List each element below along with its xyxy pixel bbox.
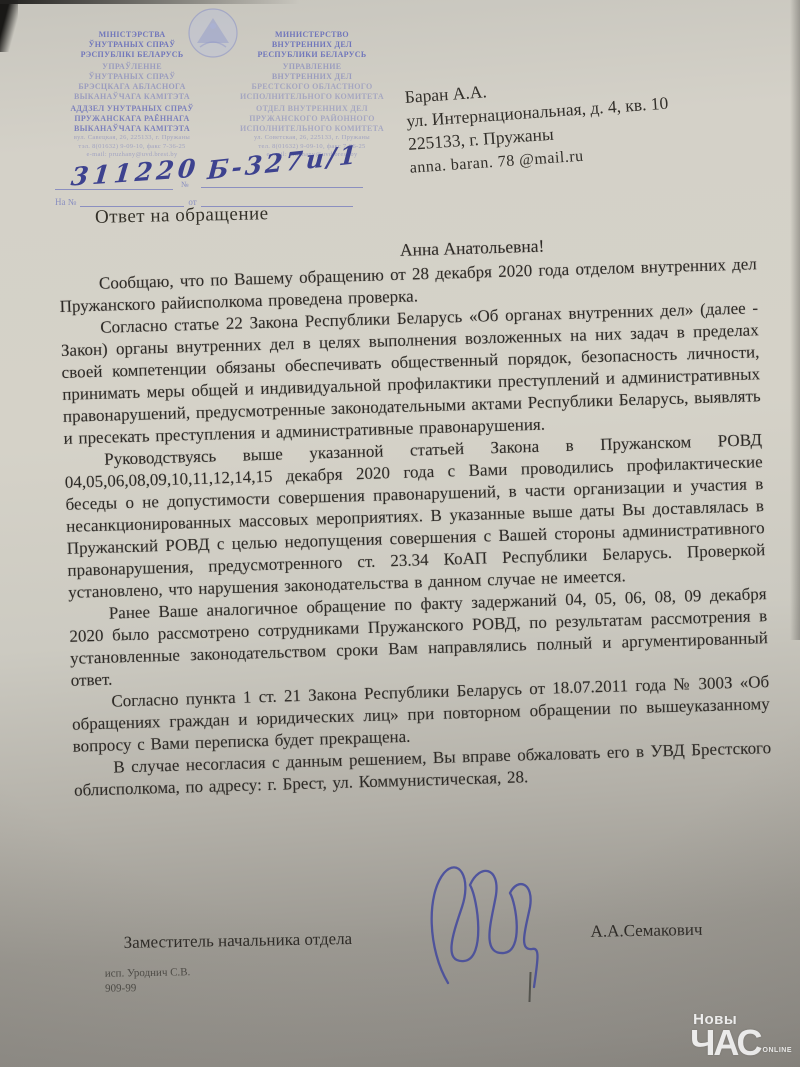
letterhead-russian: МИНИСТЕРСТВО ВНУТРЕННИХ ДЕЛ РЕСПУБЛИКИ Б… [232,30,392,160]
letterhead: МІНІСТЭРСТВА ЎНУТРАНЫХ СПРАЎ РЭСПУБЛІКІ … [52,30,392,160]
watermark-main-text: ЧАС [690,1025,760,1061]
letter-body: Анна Анатольевна! Сообщаю, что по Вашему… [58,229,772,801]
letterhead-line: ОТДЕЛ ВНУТРЕННИХ ДЕЛ [232,104,392,114]
letterhead-line: МИНИСТЕРСТВО [232,30,392,40]
letterhead-line: ВЫКАНАЎЧАГА КАМІТЭТА [52,92,212,102]
executor-name: исп. Уроднич С.В. [105,965,191,981]
photo-corner-shadow [0,0,18,52]
reply-prefix-label: На № [55,197,76,207]
letterhead-line: УПРАЎЛЕННЕ [52,62,212,72]
photo-edge-shadow [0,0,300,4]
signer-title: Заместитель начальника отдела [124,929,353,953]
letterhead-line: ПРУЖАНСКОГО РАЙОННОГО [232,114,392,124]
state-emblem-icon [187,7,239,59]
recipient-block: Баран А.А. ул. Интернациональная, д. 4, … [404,68,672,180]
watermark-online-text: ONLINE [763,1047,792,1054]
body-paragraph: Согласно статье 22 Закона Республики Бел… [60,297,762,450]
letterhead-line: БРЭСЦКАГА АБЛАСНОГА [52,82,212,92]
photo-edge-shadow [790,0,800,640]
signature-scribble-icon [420,855,550,990]
number-sign-label: № [181,180,189,189]
letterhead-line: ВНУТРЕННИХ ДЕЛ [232,40,392,50]
letterhead-line: ИСПОЛНИТЕЛЬНОГО КОМИТЕТА [232,92,392,102]
signature-row: Заместитель начальника отдела А.А.Семако… [58,894,758,906]
novy-chas-watermark: Новы ЧАС ONLINE [690,1012,792,1061]
letterhead-line: ВНУТРЕННИХ ДЕЛ [232,72,392,82]
signer-name: А.А.Семакович [590,920,702,942]
letterhead-line: ИСПОЛНИТЕЛЬНОГО КОМИТЕТА [232,124,392,134]
letterhead-address-line: вул. Савецкая, 26, 225133, г. Пружаны [52,134,212,143]
form-line [55,188,173,190]
letterhead-line: ЎНУТРАНЫХ СПРАЎ [52,72,212,82]
letterhead-line: ВЫКАНАЎЧАГА КАМІТЭТА [52,124,212,134]
letterhead-address-line: ул. Советская, 26, 225133, г. Пружаны [232,134,392,143]
subject-line: Ответ на обращение [95,203,269,229]
letterhead-address-line: тэл. 8(01632) 9-09-10, факс 7-36-25 [52,143,212,152]
executor-block: исп. Уроднич С.В. 909-99 [105,965,191,996]
executor-phone: 909-99 [105,980,191,996]
body-paragraph: Руководствуясь выше указанной статьей За… [64,429,766,604]
form-line [201,186,363,188]
letterhead-line: БРЕСТСКОГО ОБЛАСТНОГО [232,82,392,92]
photographed-letter: МІНІСТЭРСТВА ЎНУТРАНЫХ СПРАЎ РЭСПУБЛІКІ … [0,0,800,1067]
letterhead-line: АДДЗЕЛ УНУТРАНЫХ СПРАЎ [52,104,212,114]
letterhead-line: УПРАВЛЕНИЕ [232,62,392,72]
letterhead-line: ПРУЖАНСКАГА РАЁННАГА [52,114,212,124]
letterhead-line: РЕСПУБЛИКИ БЕЛАРУСЬ [232,50,392,60]
